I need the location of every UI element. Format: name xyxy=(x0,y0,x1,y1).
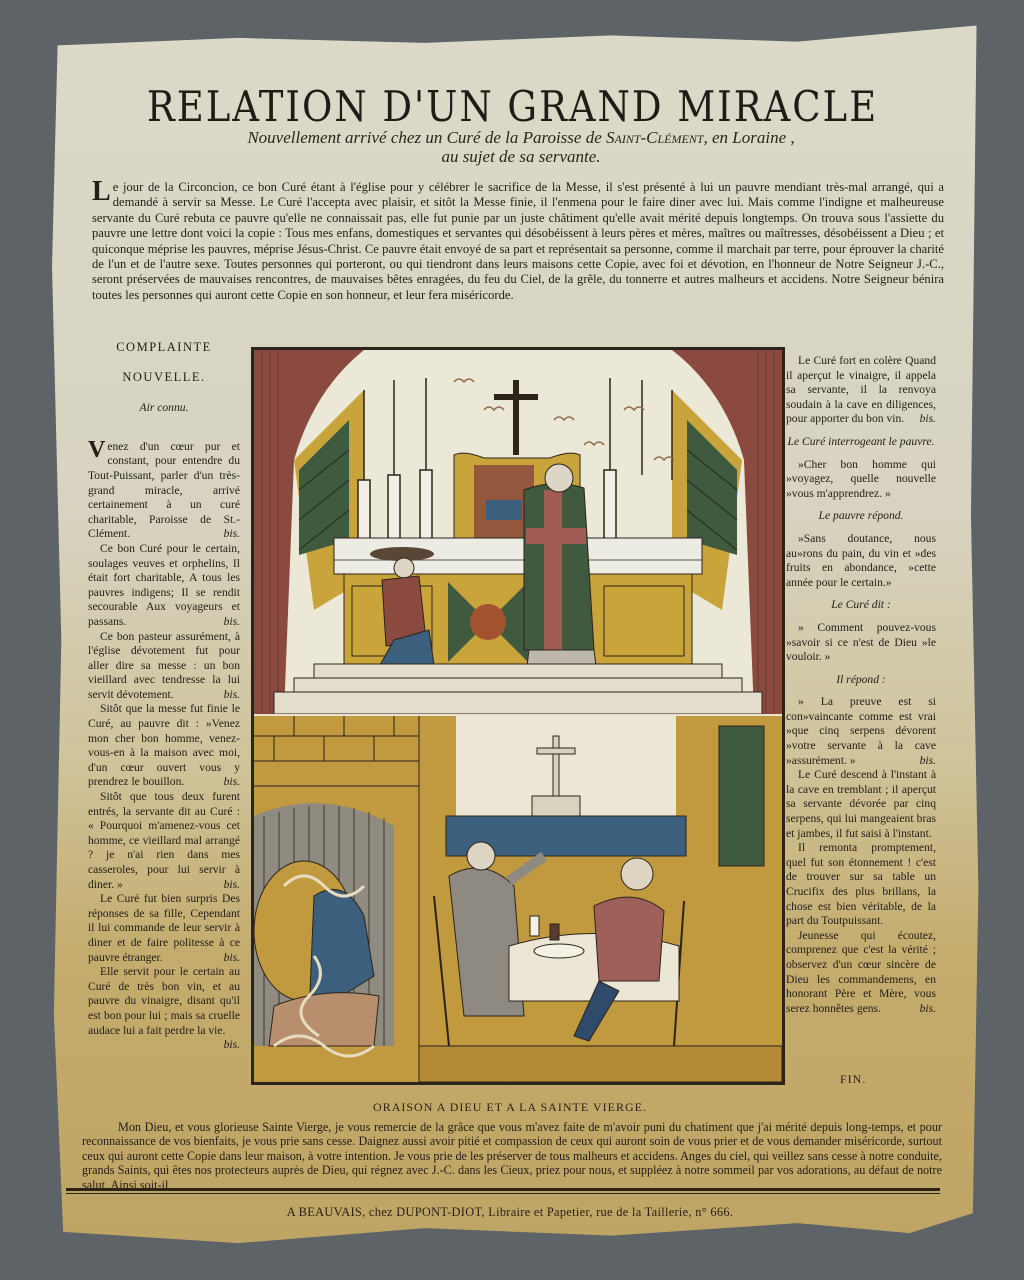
subtitle-line-2: au sujet de sa servante. xyxy=(96,147,946,166)
dialogue-heading: Le pauvre répond. xyxy=(786,509,936,524)
stanza: Elle servit pour le certain au Curé de t… xyxy=(88,965,240,1038)
speech: » Comment pouvez-vous »savoir si ce n'es… xyxy=(786,621,936,665)
subtitle-text: Nouvellement arrivé chez un Curé de la P… xyxy=(247,128,606,147)
subtitle-text: , en Loraine , xyxy=(704,128,795,147)
dialogue-heading: Le Curé dit : xyxy=(786,598,936,613)
bis-marker: bis. xyxy=(212,775,240,790)
bis-marker: bis. xyxy=(212,951,240,966)
dialogue-heading: Le Curé interrogeant le pauvre. xyxy=(786,435,936,450)
intro-paragraph: Le jour de la Circoncion, ce bon Curé ét… xyxy=(92,180,944,303)
stanza: Le Curé fort en colère Quand il aperçut … xyxy=(786,354,936,427)
page-title: RELATION D'UN GRAND MIRACLE xyxy=(96,82,929,131)
dialogue-heading: Il répond : xyxy=(786,673,936,688)
bis-marker: bis. xyxy=(212,688,240,703)
oraison-text: Mon Dieu, et vous glorieuse Sainte Vierg… xyxy=(82,1120,942,1192)
dining-scene xyxy=(254,716,782,1082)
bis-marker: bis. xyxy=(908,754,936,769)
altar-scene xyxy=(254,350,782,714)
bis-marker: bis. xyxy=(212,878,240,893)
intro-text: e jour de la Circoncion, ce bon Curé éta… xyxy=(92,180,944,302)
stanza-text: Sitôt que tous deux furent entrés, la se… xyxy=(88,790,240,891)
bis-marker: bis. xyxy=(908,412,936,427)
complainte-right-column: Le Curé fort en colère Quand il aperçut … xyxy=(786,354,936,1016)
speech: »Cher bon homme qui »voyagez, quelle nou… xyxy=(786,458,936,502)
subtitle: Nouvellement arrivé chez un Curé de la P… xyxy=(96,128,946,166)
stanza: Ce bon pasteur assurément, à l'église dé… xyxy=(88,630,240,703)
subtitle-line-1: Nouvellement arrivé chez un Curé de la P… xyxy=(96,128,946,147)
stanza: Il remonta promptement, quel fut son éto… xyxy=(786,841,936,929)
dropcap: V xyxy=(88,440,105,460)
stanza: Sitôt que tous deux furent entrés, la se… xyxy=(88,790,240,892)
speech: »Sans doutance, nous au»rons du pain, du… xyxy=(786,532,936,590)
divider-rule-thin xyxy=(66,1193,940,1194)
speech: » La preuve est si con»vaincante comme e… xyxy=(786,695,936,768)
stanza: Le Curé descend à l'instant à la cave en… xyxy=(786,768,936,841)
subtitle-place: Saint-Clément xyxy=(606,128,704,147)
stanza: Sitôt que la messe fut finie le Curé, au… xyxy=(88,702,240,790)
fin-marker: FIN. xyxy=(840,1072,866,1087)
dropcap: L xyxy=(92,180,111,204)
stanza-text: enez d'un cœur pur et constant, pour ent… xyxy=(88,440,240,541)
air-note: Air connu. xyxy=(88,401,240,416)
complainte-left-column: COMPLAINTE NOUVELLE. Air connu. Venez d'… xyxy=(88,338,240,1053)
stanza: Jeunesse qui écoutez, comprenez que c'es… xyxy=(786,929,936,1017)
printer-imprint: A BEAUVAIS, chez DUPONT-DIOT, Libraire e… xyxy=(60,1205,960,1220)
complainte-heading-2: NOUVELLE. xyxy=(88,370,240,385)
stanza-text: Elle servit pour le certain au Curé de t… xyxy=(88,965,240,1036)
bis-marker: bis. xyxy=(908,1002,936,1017)
bis-marker: bis. xyxy=(224,527,240,542)
stanza: Le Curé fut bien surpris Des réponses de… xyxy=(88,892,240,965)
bis-marker: bis. xyxy=(212,615,240,630)
oraison-title: ORAISON A DIEU ET A LA SAINTE VIERGE. xyxy=(60,1100,960,1115)
divider-rule xyxy=(66,1188,940,1191)
stanza: Venez d'un cœur pur et constant, pour en… xyxy=(88,440,240,542)
complainte-heading: COMPLAINTE xyxy=(88,340,240,355)
stanza: Ce bon Curé pour le certain, soulages ve… xyxy=(88,542,240,630)
woodcut-illustration xyxy=(251,347,785,1085)
bis-marker: bis. xyxy=(212,1038,240,1053)
